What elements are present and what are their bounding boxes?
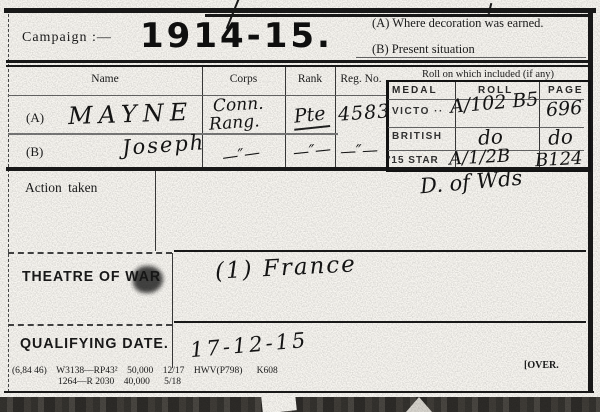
- row-b-regno-ditto: —″—: [340, 140, 379, 161]
- col-header-corps: Corps: [202, 73, 285, 85]
- theatre-divider: [172, 253, 173, 322]
- qualifying-date-label: QUALIFYING DATE.: [20, 335, 169, 352]
- row-a-corps-line2: Rang.: [208, 111, 260, 134]
- note-where-earned: (A) Where decoration was earned.: [372, 16, 544, 31]
- roll-col-medal: MEDAL: [392, 85, 438, 96]
- row-b-label: (B): [26, 144, 43, 160]
- header-rule-2: [6, 65, 592, 67]
- roll-row3-page: B124: [534, 148, 583, 171]
- medal-index-card: Campaign :— 1914-15. (A) Where decoratio…: [0, 0, 600, 412]
- row-a-rank: Pte: [292, 102, 330, 131]
- scan-edge-notch: [261, 393, 297, 412]
- header-rule-1: [6, 60, 592, 63]
- over-note: [OVER.: [524, 360, 559, 371]
- roll-row3-medal: '15 STAR: [388, 155, 439, 166]
- row-b-corps-ditto: —″—: [221, 142, 261, 166]
- roll-row2-medal: BRITISH: [392, 131, 443, 142]
- col-header-regno: Reg. No.: [335, 73, 387, 85]
- roll-col-page: PAGE: [548, 85, 584, 96]
- scan-edge-band: [0, 397, 600, 412]
- col-header-rank: Rank: [285, 73, 335, 85]
- ink-smudge: [133, 266, 163, 293]
- action-bottom-line-right: [174, 250, 586, 252]
- print-code-line2: 1264—R 2030 40,000 5/18: [58, 377, 181, 387]
- campaign-value: 1914-15.: [140, 16, 333, 56]
- card-right-border: [588, 12, 593, 393]
- card-top-border: [4, 8, 596, 13]
- row-b-rank-ditto: —″—: [292, 139, 332, 162]
- campaign-label: Campaign :—: [22, 30, 112, 46]
- note-present-situation: (B) Present situation: [372, 42, 475, 57]
- roll-table-title: Roll on which included (if any): [388, 69, 588, 80]
- row-b-forename: Joseph: [121, 130, 206, 160]
- theatre-bottom-line-right: [174, 321, 586, 323]
- roll-row1-page: 696: [545, 97, 583, 121]
- row-a-label: (A): [26, 110, 44, 126]
- card-left-border: [8, 14, 9, 392]
- roll-row2-page: do: [547, 124, 573, 150]
- col-header-name: Name: [8, 73, 202, 85]
- table-header-underline: [8, 95, 386, 96]
- theatre-of-war-value: (1) France: [214, 251, 357, 284]
- action-taken-label: Action taken: [25, 180, 97, 196]
- qualifying-date-value: 17-12-15: [189, 328, 309, 362]
- print-code-line1: (6,84 46) W3138—RP43² 50,000 12/17 HWV(P…: [12, 366, 278, 376]
- note-underline: [356, 57, 586, 58]
- row-a-regno: 4583: [337, 100, 391, 126]
- qualifying-divider: [172, 322, 173, 368]
- action-divider: [155, 171, 156, 251]
- action-bottom-line-left: [8, 252, 172, 254]
- scan-edge-triangle: [406, 397, 432, 412]
- roll-row1-medal: VICTO ··: [392, 106, 444, 117]
- theatre-bottom-line-left: [8, 324, 172, 326]
- row-a-surname: MAYNE: [68, 98, 194, 130]
- roll-row3-roll: A/1/2B: [448, 145, 510, 169]
- card-bottom-border: [4, 391, 594, 393]
